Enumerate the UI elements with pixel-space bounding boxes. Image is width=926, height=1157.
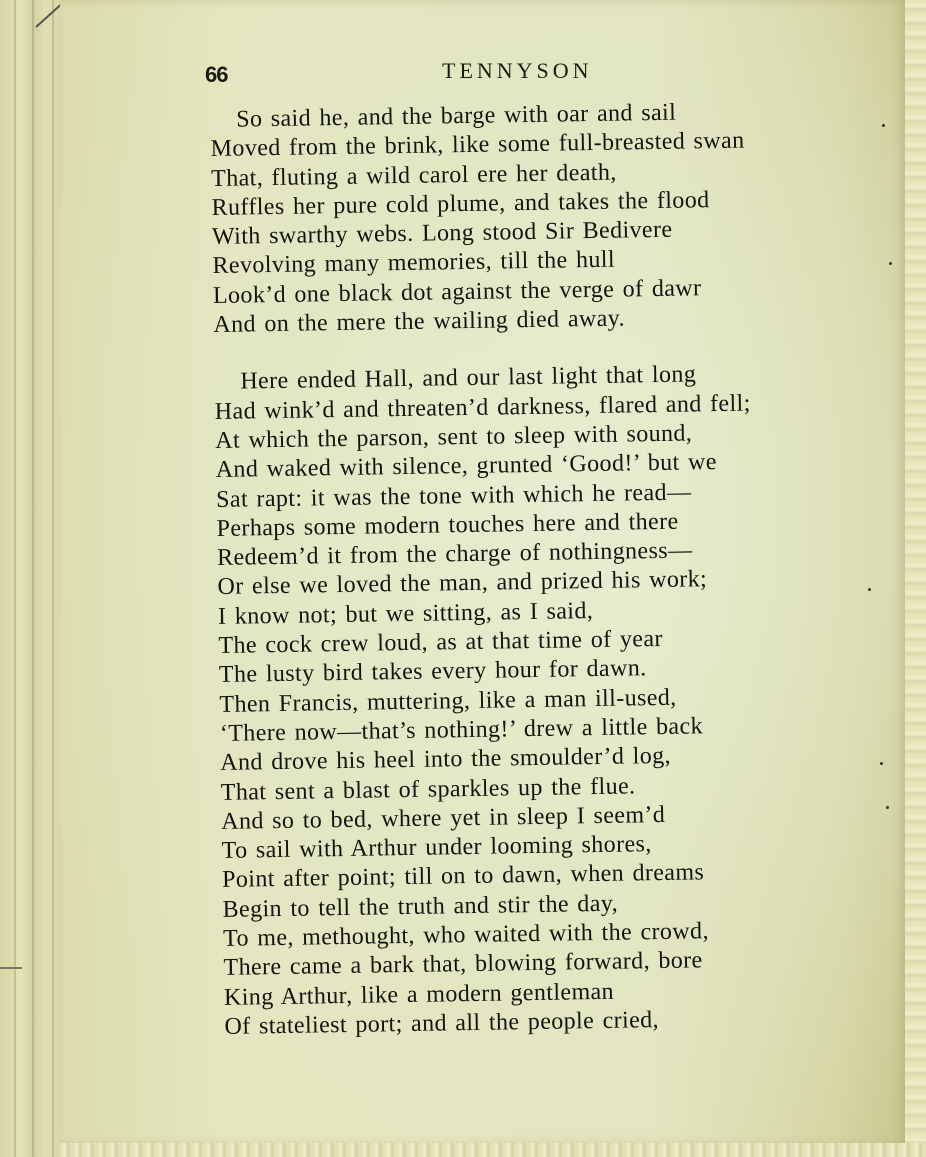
paper-speck: [889, 262, 892, 265]
gutter-line: [52, 0, 54, 1157]
stanza: Here ended Hall, and our last light that…: [214, 358, 914, 1043]
paper-speck: [868, 588, 871, 591]
stanza: So said he, and the barge with oar and s…: [210, 95, 904, 340]
book-spine-gutter: [0, 0, 60, 1157]
page-stack-bottom-edge: [60, 1143, 926, 1157]
gutter-line: [32, 0, 34, 1157]
page-number: 66: [205, 62, 227, 88]
poem-text: So said he, and the barge with oar and s…: [210, 95, 915, 1042]
running-head: 66 TENNYSON: [205, 58, 845, 94]
paper-speck: [886, 806, 889, 809]
gutter-line: [14, 0, 16, 1157]
paper-speck: [882, 124, 885, 127]
page-edge-mark: [0, 967, 22, 969]
paper-speck: [880, 762, 883, 765]
running-title: TENNYSON: [442, 58, 593, 84]
